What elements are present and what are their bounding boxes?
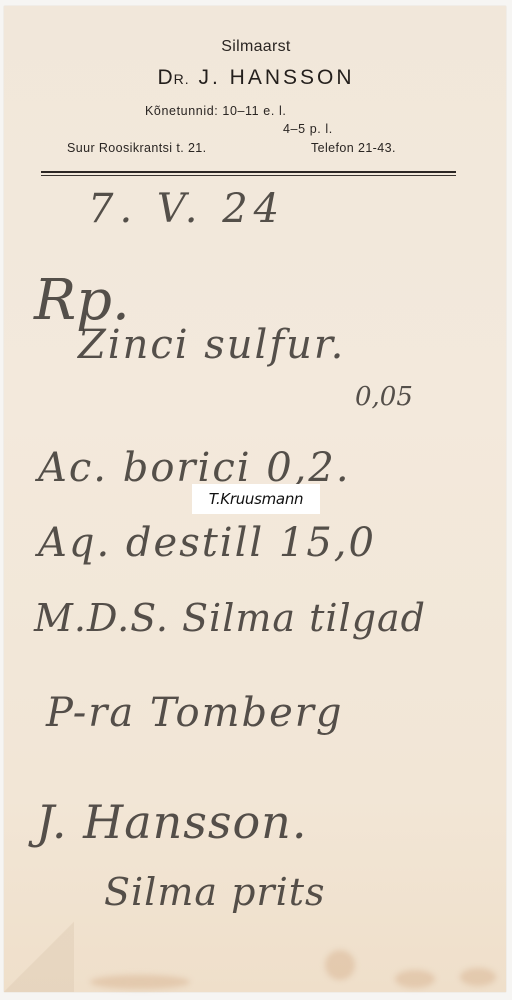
stain <box>90 975 190 989</box>
divider-rule-thin <box>41 175 456 176</box>
letterhead-title: Silmaarst <box>0 38 512 56</box>
prescription-line-zinc: Zinci sulfur. <box>78 322 345 368</box>
divider-rule-thick <box>41 171 456 173</box>
doctor-name: DR. J. HANSSON <box>0 66 512 90</box>
pinked-top-edge <box>4 2 506 10</box>
corner-fold <box>4 920 74 992</box>
doctor-prefix-rest: R. <box>174 71 190 87</box>
office-hours-line1: Kõnetunnid: 10–11 e. l. <box>145 104 286 118</box>
prescription-line-aqua: Aq. destill 15,0 <box>38 520 376 566</box>
watermark-label: T.Kruusmann <box>192 484 320 514</box>
doctor-surname: J. HANSSON <box>198 66 354 89</box>
stain <box>325 950 355 980</box>
prescription-line-mds: M.D.S. Silma tilgad <box>34 596 426 640</box>
doctor-prefix: DR. <box>157 66 189 89</box>
watermark-text: T.Kruusmann <box>209 490 304 508</box>
prescription-line-patient: P-ra Tomberg <box>46 690 344 736</box>
signature: J. Hansson. <box>36 795 307 849</box>
address: Suur Roosikrantsi t. 21. <box>67 141 207 155</box>
handwritten-date: 7. V. 24 <box>88 186 285 232</box>
prescription-line-zinc-qty: 0,05 <box>355 382 413 412</box>
office-hours-line2: 4–5 p. l. <box>283 122 333 136</box>
phone: Telefon 21-43. <box>311 141 396 155</box>
stain <box>460 968 496 986</box>
stain <box>395 970 435 988</box>
doctor-prefix-initial: D <box>157 66 173 89</box>
footer-note: Silma prits <box>104 870 326 914</box>
